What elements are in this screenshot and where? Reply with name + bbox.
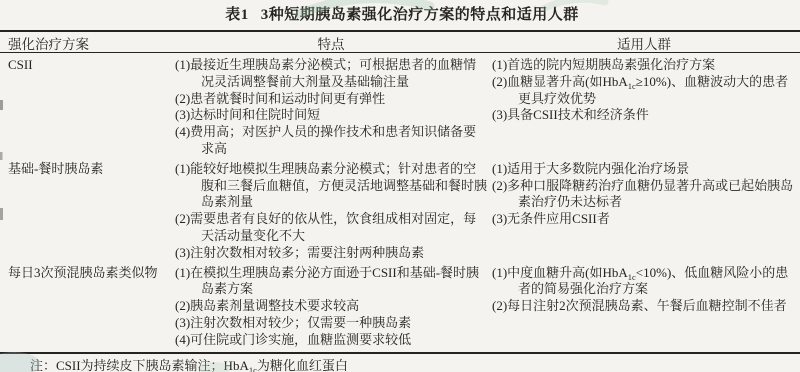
table-body: CSII(1)最接近生理胰岛素分泌模式；可根据患者的血糖情况灵活调整餐前大剂量及… — [8, 53, 796, 349]
table-title: 表13种短期胰岛素强化治疗方案的特点和适用人群 — [8, 0, 796, 23]
feature-item: (2)患者就餐时间和运动时间更有弹性 — [175, 91, 487, 108]
applicable-item: (1)首选的院内短期胰岛素强化治疗方案 — [492, 57, 796, 74]
table-number: 表1 — [225, 7, 249, 23]
table-header-row: 强化治疗方案 特点 适用人群 — [8, 32, 796, 52]
column-header-features: 特点 — [175, 33, 487, 53]
applicable-cell: (1)适用于大多数院内强化治疗场景(2)多种口服降糖药治疗血糖仍显著升高或已起始… — [492, 161, 796, 262]
subscript: 1c — [628, 272, 636, 282]
applicable-item: (3)无条件应用CSII者 — [492, 211, 796, 228]
applicable-item: (2)多种口服降糖药治疗血糖仍显著升高或已起始胰岛素治疗仍未达标者 — [492, 178, 796, 212]
feature-item: (3)达标时间和住院时间短 — [175, 107, 487, 124]
features-cell: (1)最接近生理胰岛素分泌模式；可根据患者的血糖情况灵活调整餐前大剂量及基础输注… — [175, 57, 487, 158]
applicable-item: (2)每日注射2次预混胰岛素、午餐后血糖控制不佳者 — [492, 298, 796, 315]
applicable-cell: (1)中度血糖升高(如HbA1c<10%)、低血糖风险小的患者的简易强化治疗方案… — [492, 265, 796, 349]
applicable-item: (1)适用于大多数院内强化治疗场景 — [492, 161, 796, 178]
table-page: 表13种短期胰岛素强化治疗方案的特点和适用人群 强化治疗方案 特点 适用人群 C… — [0, 0, 800, 372]
feature-item: (4)费用高；对医护人员的操作技术和患者知识储备要求高 — [175, 124, 487, 158]
applicable-item: (3)具备CSII技术和经济条件 — [492, 107, 796, 124]
features-cell: (1)能较好地模拟生理胰岛素分泌模式；针对患者的空腹和三餐后血糖值，方便灵活地调… — [175, 161, 487, 262]
table-row: 每日3次预混胰岛素类似物(1)在模拟生理胰岛素分泌方面逊于CSII和基础-餐时胰… — [8, 265, 796, 349]
feature-item: (2)胰岛素剂量调整技术要求较高 — [175, 298, 487, 315]
table-title-text: 3种短期胰岛素强化治疗方案的特点和适用人群 — [261, 7, 579, 23]
scheme-cell: CSII — [8, 57, 170, 158]
scheme-cell: 每日3次预混胰岛素类似物 — [8, 265, 170, 349]
subscript: 1c — [628, 81, 636, 91]
applicable-cell: (1)首选的院内短期胰岛素强化治疗方案(2)血糖显著升高(如HbA1c≥10%)… — [492, 57, 796, 158]
features-cell: (1)在模拟生理胰岛素分泌方面逊于CSII和基础-餐时胰岛素方案(2)胰岛素剂量… — [175, 265, 487, 349]
column-header-scheme: 强化治疗方案 — [8, 33, 170, 53]
feature-item: (1)在模拟生理胰岛素分泌方面逊于CSII和基础-餐时胰岛素方案 — [175, 265, 487, 299]
feature-item: (4)可住院或门诊实施，血糖监测要求较低 — [175, 332, 487, 349]
feature-item: (1)能较好地模拟生理胰岛素分泌模式；针对患者的空腹和三餐后血糖值，方便灵活地调… — [175, 161, 487, 211]
subscript: 1c — [249, 365, 257, 372]
column-header-applicable: 适用人群 — [492, 33, 796, 53]
table-footnote: 注：CSII为持续皮下胰岛素输注；HbA1c为糖化血红蛋白 — [8, 354, 796, 372]
scheme-cell: 基础-餐时胰岛素 — [8, 161, 170, 262]
table-row: 基础-餐时胰岛素(1)能较好地模拟生理胰岛素分泌模式；针对患者的空腹和三餐后血糖… — [8, 161, 796, 262]
table-row: CSII(1)最接近生理胰岛素分泌模式；可根据患者的血糖情况灵活调整餐前大剂量及… — [8, 57, 796, 158]
feature-item: (3)注射次数相对较少；仅需要一种胰岛素 — [175, 315, 487, 332]
applicable-item: (2)血糖显著升高(如HbA1c≥10%)、血糖波动大的患者更具疗效优势 — [492, 74, 796, 108]
feature-item: (2)需要患者有良好的依从性，饮食组成相对固定，每天活动量变化不大 — [175, 211, 487, 245]
applicable-item: (1)中度血糖升高(如HbA1c<10%)、低血糖风险小的患者的简易强化治疗方案 — [492, 265, 796, 299]
feature-item: (1)最接近生理胰岛素分泌模式；可根据患者的血糖情况灵活调整餐前大剂量及基础输注… — [175, 57, 487, 91]
feature-item: (3)注射次数相对较多；需要注射两种胰岛素 — [175, 245, 487, 262]
